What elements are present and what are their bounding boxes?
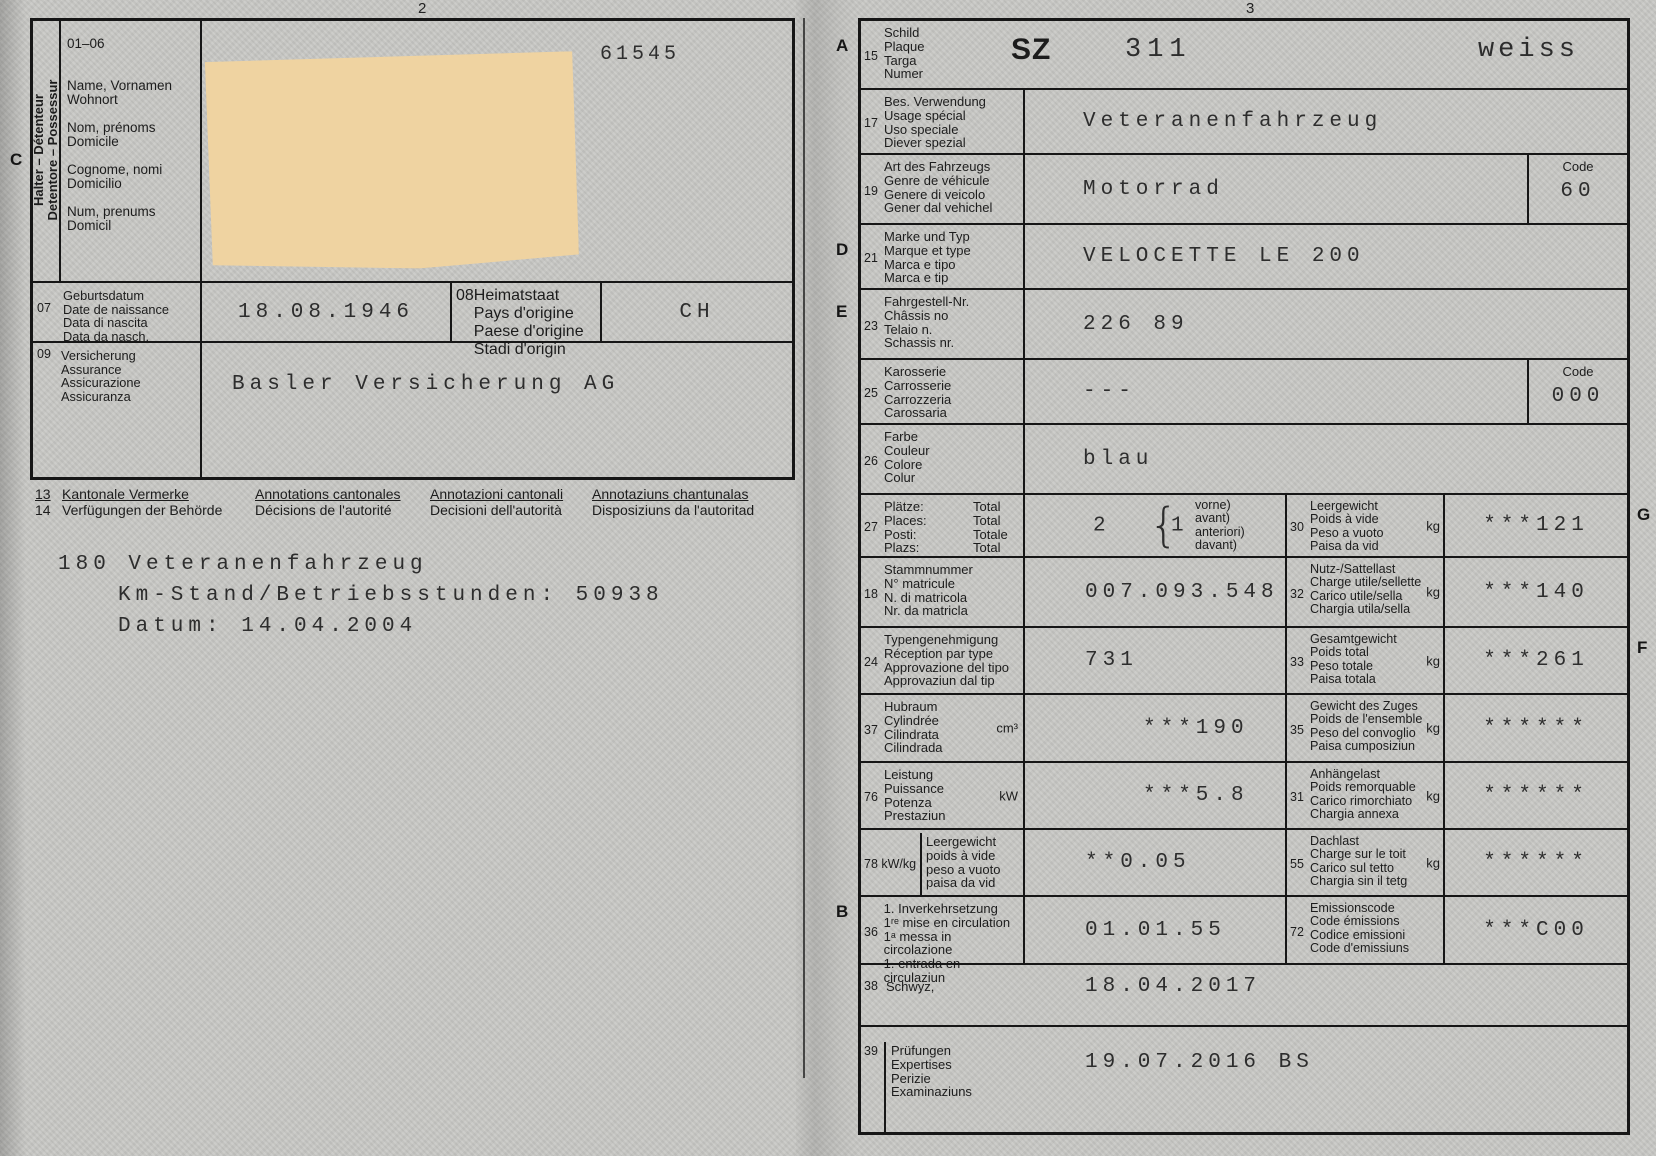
inspection-cell: 19.07.2016 BS [1023, 1027, 1627, 1132]
field-76-31-row: 76 LeistungPuissancePotenzaPrestaziun kW… [861, 761, 1627, 828]
empty-weight-value: ***121 [1483, 514, 1589, 537]
emission-code-cell: ***C00 [1443, 897, 1627, 963]
field-36-number: 36 [864, 900, 884, 963]
special-use-cell: Veteranenfahrzeug [1023, 90, 1627, 153]
field-17-labels: Bes. VerwendungUsage spécialUso speciale… [884, 93, 986, 153]
field-78-number: 78 kW/kg [864, 833, 920, 895]
field-07-label-cell: 07 GeburtsdatumDate de naissanceData di … [33, 283, 200, 341]
field-07-08-row: 07 GeburtsdatumDate de naissanceData di … [33, 281, 792, 341]
field-25-number: 25 [864, 363, 884, 423]
field-13-number: 13 [35, 486, 51, 502]
holder-label-fr: Nom, prénomsDomicile [67, 121, 198, 149]
field-09-label-cell: 09 VersicherungAssuranceAssicurazioneAss… [33, 343, 200, 477]
train-weight-cell: ****** [1443, 695, 1627, 761]
field-17-number: 17 [864, 93, 884, 153]
margin-letter-d: D [836, 240, 848, 260]
remarks-col-it: Annotazioni cantonali Decisioni dell'aut… [430, 486, 563, 518]
field-76-labels: LeistungPuissancePotenzaPrestaziun [884, 766, 945, 828]
field-30-labels: LeergewichtPoids à videPeso a vuotoPaisa… [1310, 498, 1384, 556]
field-09-labels: VersicherungAssuranceAssicurazioneAssicu… [61, 347, 141, 477]
field-27-total-labels: TotalTotalTotaleTotal [973, 500, 1008, 555]
code-label: Code [1562, 159, 1593, 174]
body-type-value: --- [1083, 380, 1136, 403]
remarks-col-it-title: Annotazioni cantonali [430, 486, 563, 502]
inspection-date-value: 19.07.2016 BS [1085, 1051, 1314, 1074]
power-weight-ratio-value: **0.05 [1085, 851, 1191, 874]
page-number-right: 3 [1246, 0, 1254, 17]
kg-unit: kg [1426, 855, 1440, 870]
field-08-label-cell: 08 HeimatstaatPays d'originePaese d'orig… [450, 283, 600, 341]
holder-value-cell: 61545 [200, 21, 792, 281]
cm3-unit: cm³ [996, 721, 1018, 736]
field-27-label-cell: 27 Plätze:Places:Posti:Plazs: TotalTotal… [861, 495, 1023, 556]
field-27-number: 27 [864, 498, 884, 556]
field-26-row: 26 FarbeCouleurColoreColur blau [861, 423, 1627, 493]
field-30-label-cell: 30 LeergewichtPoids à videPeso a vuotoPa… [1285, 495, 1443, 556]
privacy-sticker [205, 51, 579, 273]
code-label: Code [1562, 364, 1593, 379]
field-39-number: 39 [864, 1030, 884, 1132]
holder-sidebar: Halter – DétenteurDetentore – Possessur [33, 21, 61, 281]
field-25-row: 25 KarosserieCarrosserieCarrozzeriaCaros… [861, 358, 1627, 423]
kg-unit: kg [1426, 585, 1440, 600]
seats-front-value: 1 [1171, 514, 1189, 537]
displacement-value: ***190 [1143, 717, 1249, 740]
field-76-label-cell: 76 LeistungPuissancePotenzaPrestaziun kW [861, 763, 1023, 828]
field-37-number: 37 [864, 698, 884, 761]
field-18-label-cell: 18 StammnummerN° matriculeN. di matricol… [861, 558, 1023, 626]
special-use-value: Veteranenfahrzeug [1083, 110, 1382, 133]
field-26-number: 26 [864, 428, 884, 493]
field-01-06-labels: 01–06 Name, VornamenWohnort Nom, prénoms… [61, 21, 200, 281]
issuing-place-label: Schwyz, [884, 979, 934, 1025]
field-07-labels: GeburtsdatumDate de naissanceData di nas… [63, 287, 169, 341]
field-35-labels: Gewicht des ZugesPoids de l'ensemblePeso… [1310, 698, 1422, 761]
field-55-label-cell: 55 DachlastCharge sur le toitCarico sul … [1285, 830, 1443, 895]
field-21-number: 21 [864, 228, 884, 288]
field-24-33-row: 24 TypengenehmigungRéception par typeApp… [861, 626, 1627, 693]
field-72-label-cell: 72 EmissionscodeCode émissionsCodice emi… [1285, 897, 1443, 963]
kg-unit: kg [1426, 653, 1440, 668]
field-26-label-cell: 26 FarbeCouleurColoreColur [861, 425, 1023, 493]
field-78-55-row: 78 kW/kg Leergewichtpoids à videpeso a v… [861, 828, 1627, 895]
field-30-number: 30 [1290, 498, 1310, 556]
field-08-labels: HeimatstaatPays d'originePaese d'origine… [474, 287, 584, 341]
field-37-labels: HubraumCylindréeCilindrataCilindrada [884, 698, 943, 761]
insurance-value-cell: Basler Versicherung AG [200, 343, 792, 477]
make-type-cell: VELOCETTE LE 200 [1023, 225, 1627, 288]
field-23-label-cell: 23 Fahrgestell-Nr.Châssis noTelaio n.Sch… [861, 290, 1023, 358]
vehicle-type-code-box: Code 60 [1527, 155, 1627, 223]
power-value: ***5.8 [1143, 784, 1249, 807]
field-15-row: 15 SchildPlaqueTargaNumer SZ 311 weiss [861, 21, 1627, 88]
field-38-label-cell: 38 Schwyz, [861, 965, 1023, 1025]
type-approval-cell: 731 [1023, 628, 1285, 693]
birthdate-value-cell: 18.08.1946 [200, 283, 450, 341]
field-23-number: 23 [864, 293, 884, 358]
field-25-labels: KarosserieCarrosserieCarrozzeriaCarossar… [884, 363, 951, 423]
first-registration-value: 01.01.55 [1085, 919, 1226, 942]
field-09-row: 09 VersicherungAssuranceAssicurazioneAss… [33, 341, 792, 477]
body-type-code: 000 [1552, 385, 1605, 408]
field-35-label-cell: 35 Gewicht des ZugesPoids de l'ensembleP… [1285, 695, 1443, 761]
plate-number: 311 [1125, 35, 1192, 65]
issue-date-value: 18.04.2017 [1085, 975, 1261, 998]
field-33-label-cell: 33 GesamtgewichtPoids totalPeso totalePa… [1285, 628, 1443, 693]
left-page-right-edge [803, 18, 805, 1078]
remarks-col-de: Kantonale Vermerke Verfügungen der Behör… [62, 486, 222, 518]
margin-letter-b: B [836, 902, 848, 922]
remarks-col-it-subtitle: Decisioni dell'autorità [430, 502, 562, 518]
field-18-labels: StammnummerN° matriculeN. di matricolaNr… [884, 561, 973, 626]
make-type-value: VELOCETTE LE 200 [1083, 245, 1365, 268]
field-01-06-row: Halter – DétenteurDetentore – Possessur … [33, 21, 792, 281]
page-fold-shadow [796, 0, 858, 1156]
field-38-number: 38 [864, 979, 884, 1025]
holder-label-it: Cognome, nomiDomicilio [67, 163, 198, 191]
remarks-col-fr: Annotations cantonales Décisions de l'au… [255, 486, 401, 518]
field-21-label-cell: 21 Marke und TypMarque et typeMarca e ti… [861, 225, 1023, 288]
field-39-labels: PrüfungenExpertisesPerizieExaminaziuns [884, 1042, 972, 1132]
field-08-number: 08 [456, 287, 474, 341]
seats-total-value: 2 [1093, 514, 1111, 537]
field-19-row: 19 Art des FahrzeugsGenre de véhiculeGen… [861, 153, 1627, 223]
type-approval-value: 731 [1085, 649, 1138, 672]
total-weight-cell: ***261 [1443, 628, 1627, 693]
holder-label-rm: Num, prenumsDomicil [67, 205, 198, 233]
margin-letter-a: A [836, 36, 848, 56]
page-left: Halter – DétenteurDetentore – Possessur … [30, 18, 795, 480]
plate-canton: SZ [1011, 33, 1051, 67]
field-35-number: 35 [1290, 698, 1310, 761]
field-26-labels: FarbeCouleurColoreColur [884, 428, 930, 493]
holder-sidebar-text: Halter – DétenteurDetentore – Possessur [32, 35, 62, 265]
vehicle-type-value: Motorrad [1083, 178, 1224, 201]
payload-value: ***140 [1483, 581, 1589, 604]
field-24-number: 24 [864, 631, 884, 693]
field-15-labels: SchildPlaqueTargaNumer [884, 24, 924, 88]
insurance-value: Basler Versicherung AG [232, 373, 619, 396]
remarks-col-de-title: Kantonale Vermerke [62, 486, 189, 502]
margin-letter-g: G [1637, 505, 1650, 525]
holder-label-de: Name, VornamenWohnort [67, 79, 198, 107]
field-32-number: 32 [1290, 561, 1310, 626]
origin-country-value: CH [679, 301, 714, 324]
trailer-load-cell: ****** [1443, 763, 1627, 828]
field-19-labels: Art des FahrzeugsGenre de véhiculeGenere… [884, 158, 992, 223]
remarks-col-fr-subtitle: Décisions de l'autorité [255, 502, 392, 518]
kg-unit: kg [1426, 788, 1440, 803]
remarks-field-numbers: 13 14 [35, 486, 51, 518]
field-19-label-cell: 19 Art des FahrzeugsGenre de véhiculeGen… [861, 155, 1023, 223]
field-36-labels: 1. Inverkehrsetzung1ʳᵉ mise en circulati… [884, 900, 1023, 963]
field-15-label-cell: 15 SchildPlaqueTargaNumer [861, 21, 1023, 88]
plate-value-cell: SZ 311 weiss [1023, 21, 1627, 88]
body-type-cell: --- [1023, 360, 1527, 423]
margin-letter-c: C [10, 150, 22, 170]
remark-entry-line1: 180 Veteranenfahrzeug [58, 553, 428, 576]
vehicle-type-code: 60 [1560, 180, 1595, 203]
plate-color: weiss [1478, 35, 1579, 65]
birthdate-value: 18.08.1946 [238, 301, 414, 324]
empty-weight-cell: ***121 [1443, 495, 1627, 556]
field-23-labels: Fahrgestell-Nr.Châssis noTelaio n.Schass… [884, 293, 969, 358]
first-registration-cell: 01.01.55 [1023, 897, 1285, 963]
power-weight-ratio-cell: **0.05 [1023, 830, 1285, 895]
field-37-label-cell: 37 HubraumCylindréeCilindrataCilindrada … [861, 695, 1023, 761]
page-number-left: 2 [418, 0, 426, 17]
field-78-label-cell: 78 kW/kg Leergewichtpoids à videpeso a v… [861, 830, 1023, 895]
remarks-col-rm-title: Annotaziuns chantunalas [592, 486, 748, 502]
kg-unit: kg [1426, 721, 1440, 736]
field-19-number: 19 [864, 158, 884, 223]
field-76-number: 76 [864, 766, 884, 828]
power-cell: ***5.8 [1023, 763, 1285, 828]
field-72-number: 72 [1290, 900, 1310, 963]
field-23-row: 23 Fahrgestell-Nr.Châssis noTelaio n.Sch… [861, 288, 1627, 358]
field-24-label-cell: 24 TypengenehmigungRéception par typeApp… [861, 628, 1023, 693]
field-55-labels: DachlastCharge sur le toitCarico sul tet… [1310, 833, 1407, 895]
seats-value-cell: 2 { 1 vorne)avant)anteriori)davant) [1023, 495, 1285, 556]
remarks-col-rm-subtitle: Disposiziuns da l'autoritad [592, 502, 754, 518]
roof-load-value: ****** [1483, 851, 1589, 874]
field-39-row: 39 PrüfungenExpertisesPerizieExaminaziun… [861, 1025, 1627, 1132]
field-24-labels: TypengenehmigungRéception par typeApprov… [884, 631, 1009, 693]
field-37-35-row: 37 HubraumCylindréeCilindrataCilindrada … [861, 693, 1627, 761]
field-09-number: 09 [37, 347, 61, 477]
field-36-72-row: 36 1. Inverkehrsetzung1ʳᵉ mise en circul… [861, 895, 1627, 963]
trailer-load-value: ****** [1483, 784, 1589, 807]
vehicle-type-cell: Motorrad [1023, 155, 1527, 223]
emission-code-value: ***C00 [1483, 919, 1589, 942]
field-38-row: 38 Schwyz, 18.04.2017 [861, 963, 1627, 1025]
remarks-col-fr-title: Annotations cantonales [255, 486, 401, 502]
stock-number-cell: 007.093.548 [1023, 558, 1285, 626]
field-31-label-cell: 31 AnhängelastPoids remorquableCarico ri… [1285, 763, 1443, 828]
field-33-labels: GesamtgewichtPoids totalPeso totalePaisa… [1310, 631, 1397, 693]
kw-unit: kW [999, 788, 1018, 803]
train-weight-value: ****** [1483, 717, 1589, 740]
stock-number-value: 007.093.548 [1085, 581, 1279, 604]
chassis-number-cell: 226 89 [1023, 290, 1627, 358]
chassis-number-value: 226 89 [1083, 313, 1189, 336]
vehicle-registration-scan: 2 3 C A D E B G F Halter – DétenteurDete… [0, 0, 1656, 1156]
total-weight-value: ***261 [1483, 649, 1589, 672]
field-07-number: 07 [37, 287, 63, 341]
field-code: 01–06 [67, 37, 198, 51]
field-32-labels: Nutz-/SattellastCharge utile/selletteCar… [1310, 561, 1421, 626]
field-39-label-cell: 39 PrüfungenExpertisesPerizieExaminaziun… [861, 1027, 1023, 1132]
remark-entry-line3: Datum: 14.04.2004 [118, 615, 417, 638]
margin-letter-e: E [836, 302, 847, 322]
page-right: 15 SchildPlaqueTargaNumer SZ 311 weiss 1… [858, 18, 1630, 1135]
displacement-cell: ***190 [1023, 695, 1285, 761]
field-27-30-row: 27 Plätze:Places:Posti:Plazs: TotalTotal… [861, 493, 1627, 556]
scan-edge-shadow [0, 0, 26, 1156]
seats-front-labels: vorne)avant)anteriori)davant) [1195, 499, 1245, 553]
field-36-label-cell: 36 1. Inverkehrsetzung1ʳᵉ mise en circul… [861, 897, 1023, 963]
remarks-col-de-subtitle: Verfügungen der Behörde [62, 502, 222, 518]
issue-date-cell: 18.04.2017 [1023, 965, 1627, 1025]
payload-cell: ***140 [1443, 558, 1627, 626]
field-25-label-cell: 25 KarosserieCarrosserieCarrozzeriaCaros… [861, 360, 1023, 423]
color-value: blau [1083, 448, 1153, 471]
field-72-labels: EmissionscodeCode émissionsCodice emissi… [1310, 900, 1409, 963]
holder-table: Halter – DétenteurDetentore – Possessur … [30, 18, 795, 480]
field-32-label-cell: 32 Nutz-/SattellastCharge utile/sellette… [1285, 558, 1443, 626]
origin-country-cell: CH [600, 283, 792, 341]
field-31-labels: AnhängelastPoids remorquableCarico rimor… [1310, 766, 1416, 828]
field-14-number: 14 [35, 502, 51, 518]
remark-entry-line2: Km-Stand/Betriebsstunden: 50938 [118, 584, 664, 607]
field-17-label-cell: 17 Bes. VerwendungUsage spécialUso speci… [861, 90, 1023, 153]
field-15-number: 15 [864, 24, 884, 88]
field-33-number: 33 [1290, 631, 1310, 693]
field-18-32-row: 18 StammnummerN° matriculeN. di matricol… [861, 556, 1627, 626]
document-serial-number: 61545 [600, 43, 680, 66]
field-55-number: 55 [1290, 833, 1310, 895]
field-18-number: 18 [864, 561, 884, 626]
field-21-labels: Marke und TypMarque et typeMarca e tipoM… [884, 228, 971, 288]
field-17-row: 17 Bes. VerwendungUsage spécialUso speci… [861, 88, 1627, 153]
field-31-number: 31 [1290, 766, 1310, 828]
margin-letter-f: F [1637, 638, 1647, 658]
field-78-labels: Leergewichtpoids à videpeso a vuotopaisa… [920, 833, 1000, 895]
field-27-labels: Plätze:Places:Posti:Plazs: [884, 498, 927, 556]
body-type-code-box: Code 000 [1527, 360, 1627, 423]
roof-load-cell: ****** [1443, 830, 1627, 895]
field-21-row: 21 Marke und TypMarque et typeMarca e ti… [861, 223, 1627, 288]
remarks-col-rm: Annotaziuns chantunalas Disposiziuns da … [592, 486, 754, 518]
color-cell: blau [1023, 425, 1627, 493]
kg-unit: kg [1426, 518, 1440, 533]
